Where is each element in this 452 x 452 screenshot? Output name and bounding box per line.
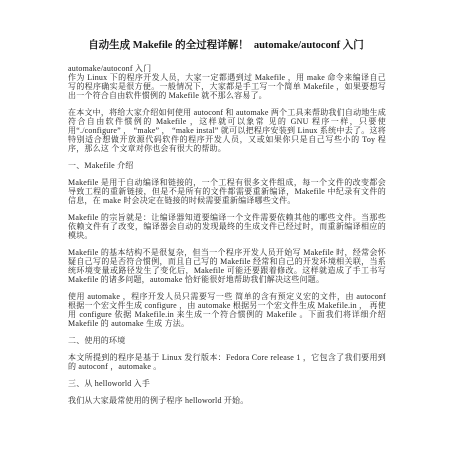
section-3-heading: 三、从 helloworld 入手 (68, 379, 386, 388)
document-title: 自动生成 Makefile 的全过程详解！ automake/autoconf … (30, 40, 422, 52)
subtitle-line: automake/autoconf 入门 (68, 64, 386, 73)
intro-paragraph-1: 作为 Linux 下的程序开发人员，大家一定都遇到过 Makefile ，用 m… (68, 73, 386, 100)
section-2-heading: 二、使用的环境 (68, 336, 386, 345)
intro-paragraph-2: 在本文中，将给大家介绍如何使用 autoconf 和 automake 两个工具… (68, 108, 386, 153)
document-page: 自动生成 Makefile 的全过程详解！ automake/autoconf … (0, 0, 452, 452)
section-1-paragraph-3: Makefile 的基本结构不是很复杂，但当一个程序开发人员开始写 Makefi… (68, 248, 386, 284)
section-2-paragraph-1: 本文所提到的程序是基于 Linux 发行版本：Fedora Core relea… (68, 353, 386, 371)
document-body: automake/autoconf 入门 作为 Linux 下的程序开发人员，大… (68, 64, 386, 405)
section-1-heading: 一、Makefile 介绍 (68, 161, 386, 170)
section-3-paragraph-1: 我们从大家最常使用的例子程序 helloworld 开始。 (68, 396, 386, 405)
section-1-paragraph-2: Makefile 的宗旨就是：让编译器知道要编译一个文件需要依赖其他的哪些文件。… (68, 213, 386, 240)
section-1-paragraph-4: 使用 automake ，程序开发人员只需要写一些 简单的含有预定义宏的文件，由… (68, 292, 386, 328)
section-1-paragraph-1: Makefile 是用于自动编译和链接的，一个工程有很多文件组成，每一个文件的改… (68, 178, 386, 205)
